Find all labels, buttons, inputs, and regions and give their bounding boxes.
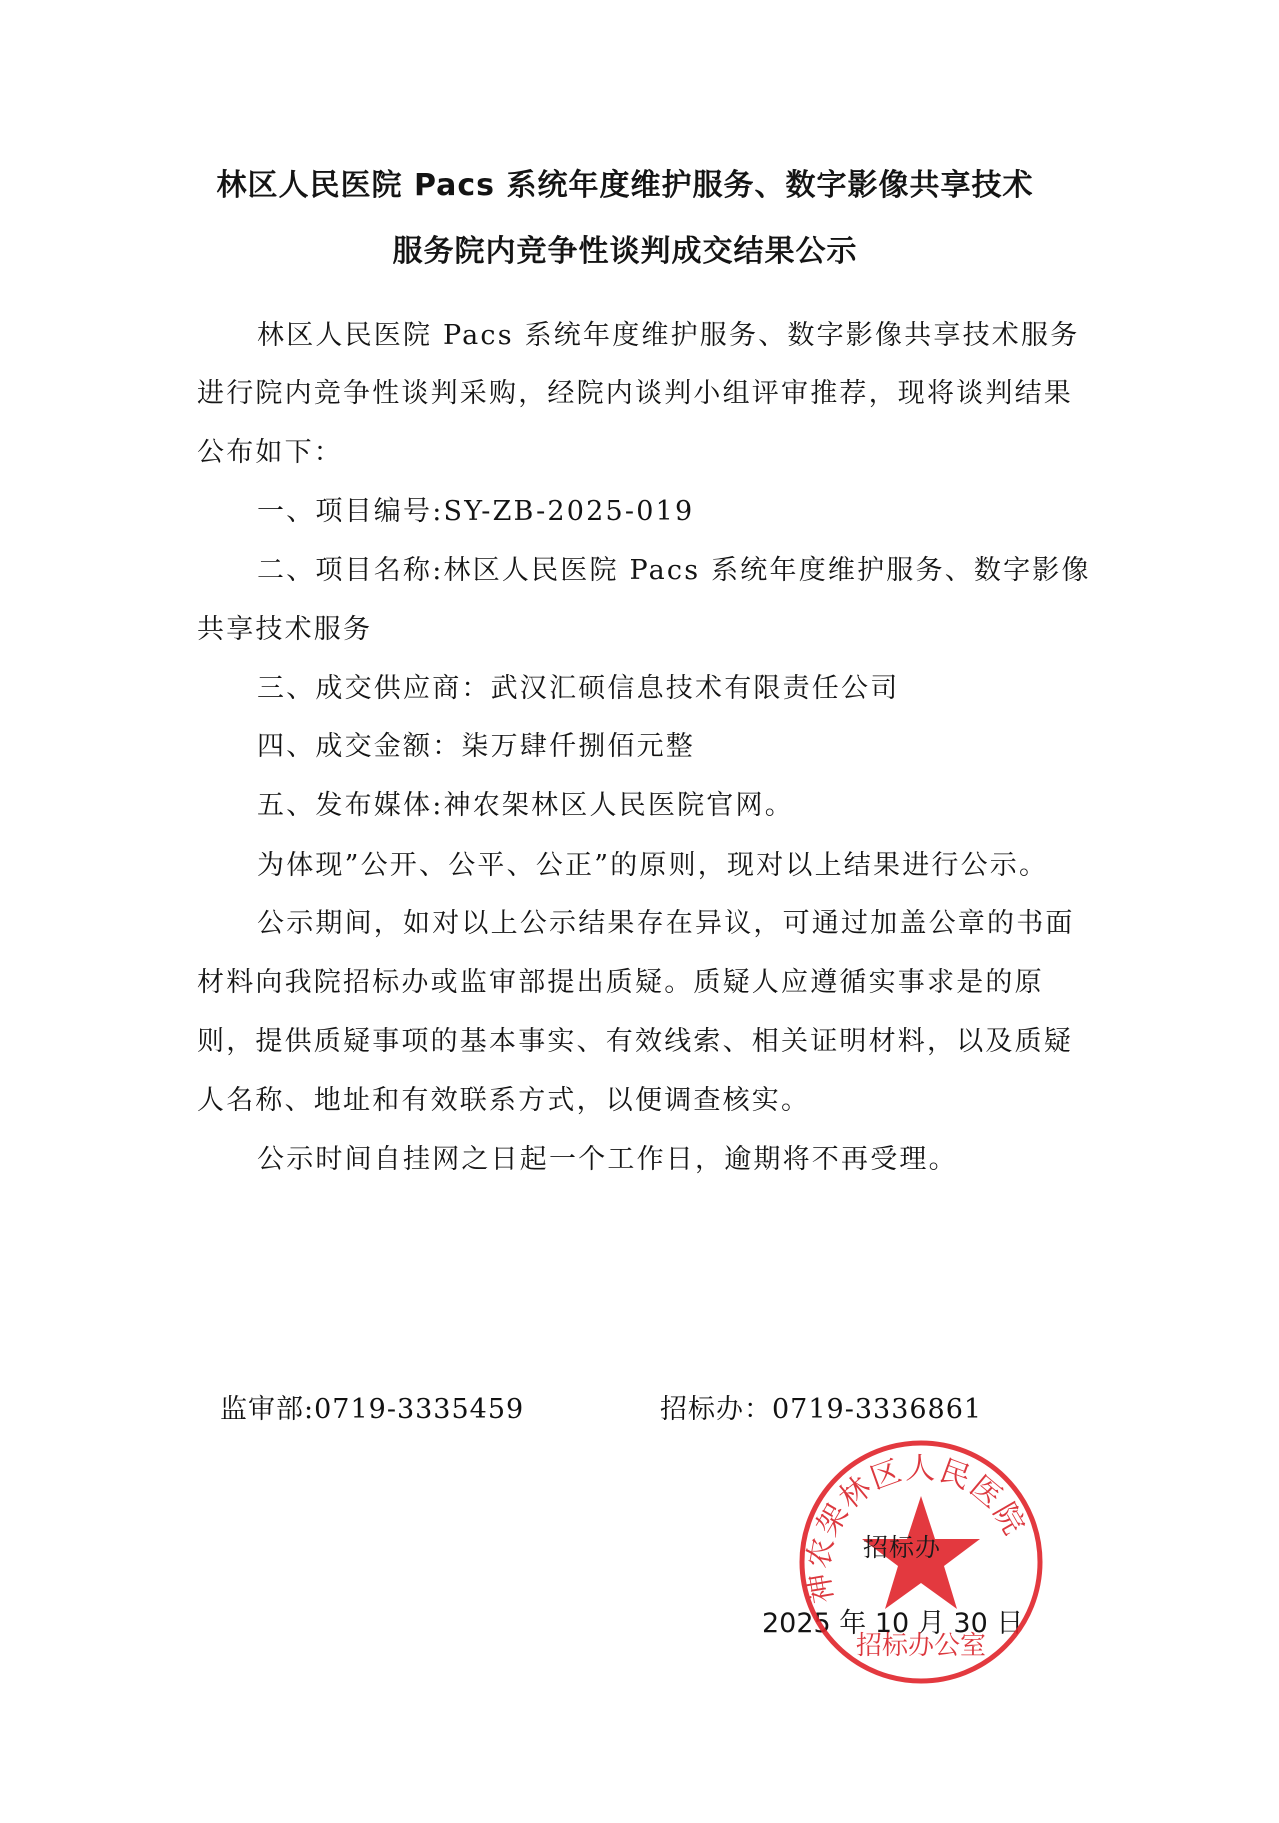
item-project-name-continuation: 共享技术服务 bbox=[197, 612, 372, 648]
intro-paragraph-line-3: 公布如下： bbox=[197, 435, 343, 471]
objection-line-1: 公示期间，如对以上公示结果存在异议，可通过加盖公章的书面 bbox=[257, 906, 1075, 942]
item-label: 四、成交金额： bbox=[257, 731, 461, 762]
item-supplier: 三、成交供应商：武汉汇硕信息技术有限责任公司 bbox=[257, 671, 899, 707]
item-project-number: 一、项目编号:SY-ZB-2025-019 bbox=[257, 494, 694, 530]
document-page: 林区人民医院 Pacs 系统年度维护服务、数字影像共享技术 服务院内竞争性谈判成… bbox=[0, 0, 1279, 1823]
item-label: 五、发布媒体: bbox=[257, 790, 444, 821]
contact-audit: 监审部:0719-3335459 bbox=[220, 1392, 524, 1428]
item-project-name: 二、项目名称:林区人民医院 Pacs 系统年度维护服务、数字影像 bbox=[257, 553, 1091, 589]
contact-bidding-phone: 0719-3336861 bbox=[772, 1394, 982, 1425]
contact-audit-phone: 0719-3335459 bbox=[314, 1394, 524, 1425]
objection-line-2: 材料向我院招标办或监审部提出质疑。质疑人应遵循实事求是的原 bbox=[197, 965, 1044, 1001]
intro-paragraph-line-2: 进行院内竞争性谈判采购，经院内谈判小组评审推荐，现将谈判结果 bbox=[197, 376, 1073, 412]
project-number-value: SY-ZB-2025-019 bbox=[444, 496, 695, 527]
objection-line-3: 则，提供质疑事项的基本事实、有效线索、相关证明材料，以及质疑 bbox=[197, 1024, 1073, 1060]
signature-department: 招标办 bbox=[863, 1528, 941, 1564]
contact-bidding-label: 招标办： bbox=[660, 1394, 772, 1425]
item-label: 二、项目名称: bbox=[257, 555, 444, 586]
period-line: 公示时间自挂网之日起一个工作日，逾期将不再受理。 bbox=[257, 1142, 958, 1178]
intro-paragraph-line-1: 林区人民医院 Pacs 系统年度维护服务、数字影像共享技术服务 bbox=[257, 318, 1079, 354]
objection-line-4: 人名称、地址和有效联系方式，以便调查核实。 bbox=[197, 1083, 810, 1119]
item-amount: 四、成交金额：柒万肆仟捌佰元整 bbox=[257, 729, 695, 765]
contact-bidding: 招标办：0719-3336861 bbox=[660, 1392, 982, 1428]
contact-audit-label: 监审部: bbox=[220, 1394, 314, 1425]
item-label: 三、成交供应商： bbox=[257, 673, 491, 704]
amount-value: 柒万肆仟捌佰元整 bbox=[461, 731, 695, 762]
principle-line: 为体现”公开、公平、公正”的原则，现对以上结果进行公示。 bbox=[257, 848, 1048, 884]
supplier-value: 武汉汇硕信息技术有限责任公司 bbox=[491, 673, 900, 704]
document-title-line-2: 服务院内竞争性谈判成交结果公示 bbox=[150, 226, 1100, 270]
item-media: 五、发布媒体:神农架林区人民医院官网。 bbox=[257, 788, 794, 824]
media-value: 神农架林区人民医院官网。 bbox=[444, 790, 794, 821]
signature-date: 2025 年 10 月 30 日 bbox=[762, 1606, 1023, 1642]
project-name-value: 林区人民医院 Pacs 系统年度维护服务、数字影像 bbox=[444, 555, 1091, 586]
item-label: 一、项目编号: bbox=[257, 496, 444, 527]
document-title-line-1: 林区人民医院 Pacs 系统年度维护服务、数字影像共享技术 bbox=[150, 160, 1100, 204]
